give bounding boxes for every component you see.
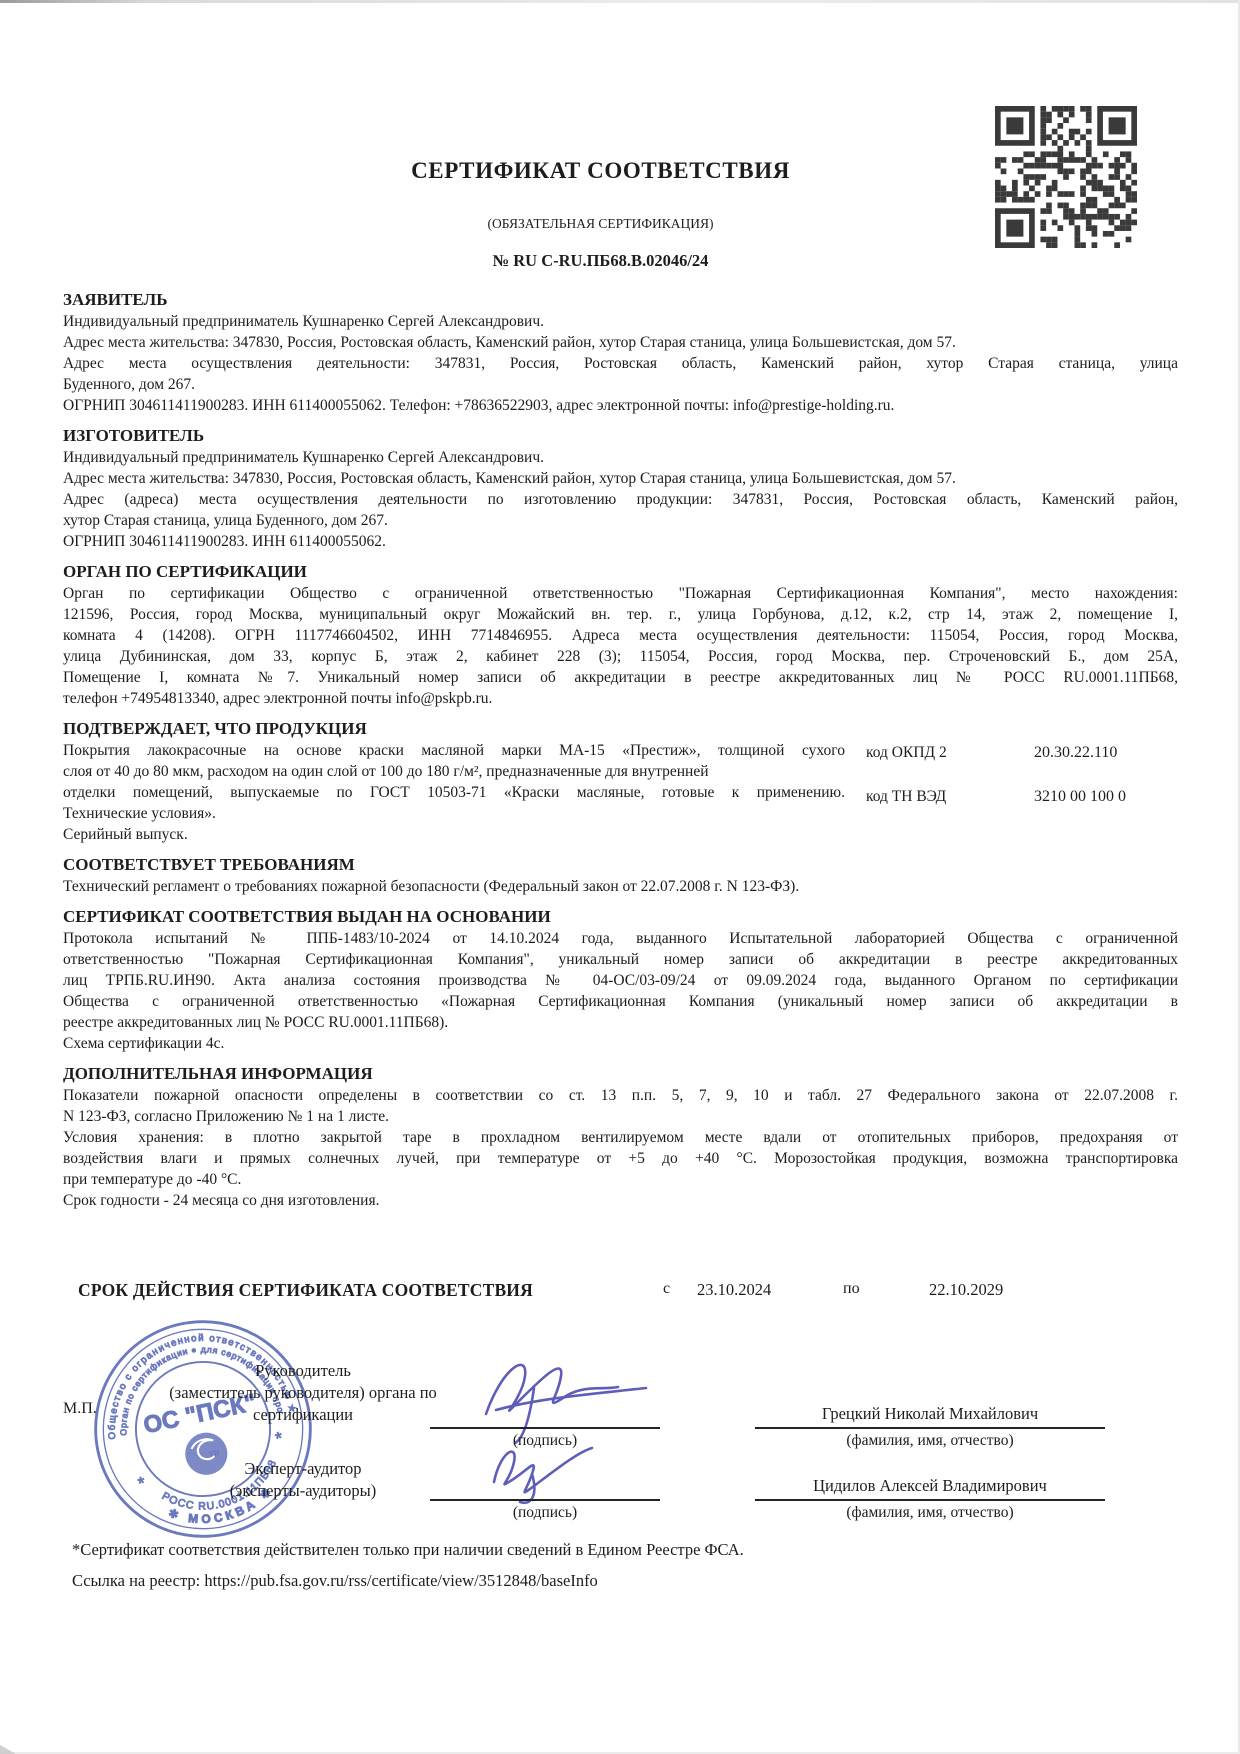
section-basis: СЕРТИФИКАТ СООТВЕТСТВИЯ ВЫДАН НА ОСНОВАН… xyxy=(63,906,1178,1054)
signer-name-head: Грецкий Николай Михайлович xyxy=(755,1404,1105,1424)
signature-caption-head: (подпись) xyxy=(430,1432,660,1450)
text-line: при температуре до -40 °С. xyxy=(63,1169,1178,1190)
role-line: (эксперты-аудиторы) xyxy=(128,1480,478,1502)
text-line: ОГРНИП 304611411900283. ИНН 611400055062… xyxy=(63,395,1178,416)
section-certification-body: ОРГАН ПО СЕРТИФИКАЦИИ Орган по сертифика… xyxy=(63,561,1178,709)
text-line: Адрес места осуществления деятельности: … xyxy=(63,353,1178,374)
text-line: Срок годности - 24 месяца со дня изготов… xyxy=(63,1190,1178,1211)
validity-footnote: *Сертификат соответствия действителен то… xyxy=(72,1540,744,1560)
document-subtitle: (ОБЯЗАТЕЛЬНАЯ СЕРТИФИКАЦИЯ) xyxy=(63,216,1138,232)
section-product: ПОДТВЕРЖДАЕТ, ЧТО ПРОДУКЦИЯ Покрытия лак… xyxy=(63,718,1178,845)
text-line: воздействия влаги и прямых солнечных луч… xyxy=(63,1148,1178,1169)
text-line: Индивидуальный предприниматель Кушнаренк… xyxy=(63,447,1178,468)
validity-title: СРОК ДЕЙСТВИЯ СЕРТИФИКАТА СООТВЕТСТВИЯ xyxy=(78,1280,533,1301)
mp-seal-label: М.П. xyxy=(63,1400,97,1418)
signature-caption-expert: (подпись) xyxy=(430,1504,660,1522)
name-line-head xyxy=(755,1427,1105,1429)
tnved-code-label: код ТН ВЭД xyxy=(866,786,946,807)
text-line: лиц ТРПБ.RU.ИН90. Акта анализа состояния… xyxy=(63,970,1178,991)
document-body: ЗАЯВИТЕЛЬ Индивидуальный предприниматель… xyxy=(63,289,1178,1211)
validity-from-date: 23.10.2024 xyxy=(697,1280,771,1300)
scan-corner-mark xyxy=(0,1745,16,1754)
text-line: Общества с ограниченной ответственностью… xyxy=(63,991,1178,1012)
section-header-certification-body: ОРГАН ПО СЕРТИФИКАЦИИ xyxy=(63,561,1178,583)
text-line: Адрес места жительства: 347830, Россия, … xyxy=(63,332,1178,353)
text-line: Технический регламент о требованиях пожа… xyxy=(63,876,1178,897)
text-line: ответственностью "Пожарная Сертификацион… xyxy=(63,949,1178,970)
text-line: Орган по сертификации Общество с огранич… xyxy=(63,583,1178,604)
section-additional: ДОПОЛНИТЕЛЬНАЯ ИНФОРМАЦИЯ Показатели пож… xyxy=(63,1063,1178,1211)
tnved-code-value: 3210 00 100 0 xyxy=(1034,786,1126,807)
text-line: Помещение I, комната №7. Уникальный номе… xyxy=(63,667,1178,688)
text-line: 121596, Россия, город Москва, муниципаль… xyxy=(63,604,1178,625)
signer-name-expert: Цидилов Алексей Владимирович xyxy=(755,1476,1105,1496)
certificate-page: СЕРТИФИКАТ СООТВЕТСТВИЯ (ОБЯЗАТЕЛЬНАЯ СЕ… xyxy=(0,0,1240,1754)
section-header-product: ПОДТВЕРЖДАЕТ, ЧТО ПРОДУКЦИЯ xyxy=(63,718,1178,740)
section-manufacturer: ИЗГОТОВИТЕЛЬ Индивидуальный предпринимат… xyxy=(63,425,1178,552)
text-line: хутор Старая станица, улица Буденного, д… xyxy=(63,510,1178,531)
text-line: слоя от 40 до 80 мкм, расходом на один с… xyxy=(63,761,845,782)
section-header-applicant: ЗАЯВИТЕЛЬ xyxy=(63,289,1178,311)
certificate-number: № RU С-RU.ПБ68.В.02046/24 xyxy=(63,251,1138,271)
text-line: Индивидуальный предприниматель Кушнаренк… xyxy=(63,311,1178,332)
section-header-manufacturer: ИЗГОТОВИТЕЛЬ xyxy=(63,425,1178,447)
certification-stamp: Общество с ограниченной ответственностью… xyxy=(88,1314,318,1544)
text-line: комната 4 (14208). ОГРН 1117746604502, И… xyxy=(63,625,1178,646)
text-line: N 123-ФЗ, согласно Приложению № 1 на 1 л… xyxy=(63,1106,1178,1127)
role-line: сертификации xyxy=(128,1404,478,1426)
text-line: Условия хранения: в плотно закрытой таре… xyxy=(63,1127,1178,1148)
section-applicant: ЗАЯВИТЕЛЬ Индивидуальный предприниматель… xyxy=(63,289,1178,416)
role-line: Эксперт-аудитор xyxy=(128,1458,478,1480)
role-line: (заместитель руководителя) органа по xyxy=(128,1382,478,1404)
stamp-star-right: * xyxy=(274,1428,285,1449)
text-line: Покрытия лакокрасочные на основе краски … xyxy=(63,740,845,761)
signature-line-head xyxy=(430,1427,660,1429)
registry-link: Ссылка на реестр: https://pub.fsa.gov.ru… xyxy=(72,1571,598,1591)
section-header-basis: СЕРТИФИКАТ СООТВЕТСТВИЯ ВЫДАН НА ОСНОВАН… xyxy=(63,906,1178,928)
name-caption-head: (фамилия, имя, отчество) xyxy=(755,1432,1105,1450)
text-line: Схема сертификации 4с. xyxy=(63,1033,1178,1054)
document-title: СЕРТИФИКАТ СООТВЕТСТВИЯ xyxy=(63,158,1138,184)
signer-role-head: Руководитель (заместитель руководителя) … xyxy=(128,1360,478,1426)
signature-line-expert xyxy=(430,1499,660,1501)
okpd-code-value: 20.30.22.110 xyxy=(1034,742,1117,763)
text-line: ОГРНИП 304611411900283. ИНН 611400055062… xyxy=(63,531,1178,552)
section-compliance: СООТВЕТСТВУЕТ ТРЕБОВАНИЯМ Технический ре… xyxy=(63,854,1178,897)
text-line: отделки помещений, выпускаемые по ГОСТ 1… xyxy=(63,782,845,803)
validity-to-date: 22.10.2029 xyxy=(929,1280,1003,1300)
text-line: Буденного, дом 267. xyxy=(63,374,1178,395)
okpd-code-label: код ОКПД 2 xyxy=(866,742,947,763)
product-description: Покрытия лакокрасочные на основе краски … xyxy=(63,740,845,845)
text-line: Показатели пожарной опасности определены… xyxy=(63,1085,1178,1106)
validity-row: СРОК ДЕЙСТВИЯ СЕРТИФИКАТА СООТВЕТСТВИЯ с… xyxy=(0,1280,1240,1310)
role-line: Руководитель xyxy=(128,1360,478,1382)
text-line: Адрес места жительства: 347830, Россия, … xyxy=(63,468,1178,489)
section-header-compliance: СООТВЕТСТВУЕТ ТРЕБОВАНИЯМ xyxy=(63,854,1178,876)
text-line: Адрес (адреса) места осуществления деяте… xyxy=(63,489,1178,510)
scan-edge-top xyxy=(0,0,1240,3)
signer-role-expert: Эксперт-аудитор (эксперты-аудиторы) xyxy=(128,1458,478,1502)
section-header-additional: ДОПОЛНИТЕЛЬНАЯ ИНФОРМАЦИЯ xyxy=(63,1063,1178,1085)
validity-from-label: с xyxy=(663,1280,670,1298)
text-line: Протокола испытаний № ППБ-1483/10-2024 о… xyxy=(63,928,1178,949)
name-line-expert xyxy=(755,1499,1105,1501)
name-caption-expert: (фамилия, имя, отчество) xyxy=(755,1504,1105,1522)
text-line: улица Дубининская, дом 33, корпус Б, эта… xyxy=(63,646,1178,667)
text-line: реестре аккредитованных лиц № РОСС RU.00… xyxy=(63,1012,1178,1033)
text-line: Серийный выпуск. xyxy=(63,824,845,845)
text-line: телефон +74954813340, адрес электронной … xyxy=(63,688,1178,709)
validity-to-label: по xyxy=(843,1280,860,1298)
text-line: Технические условия». xyxy=(63,803,845,824)
